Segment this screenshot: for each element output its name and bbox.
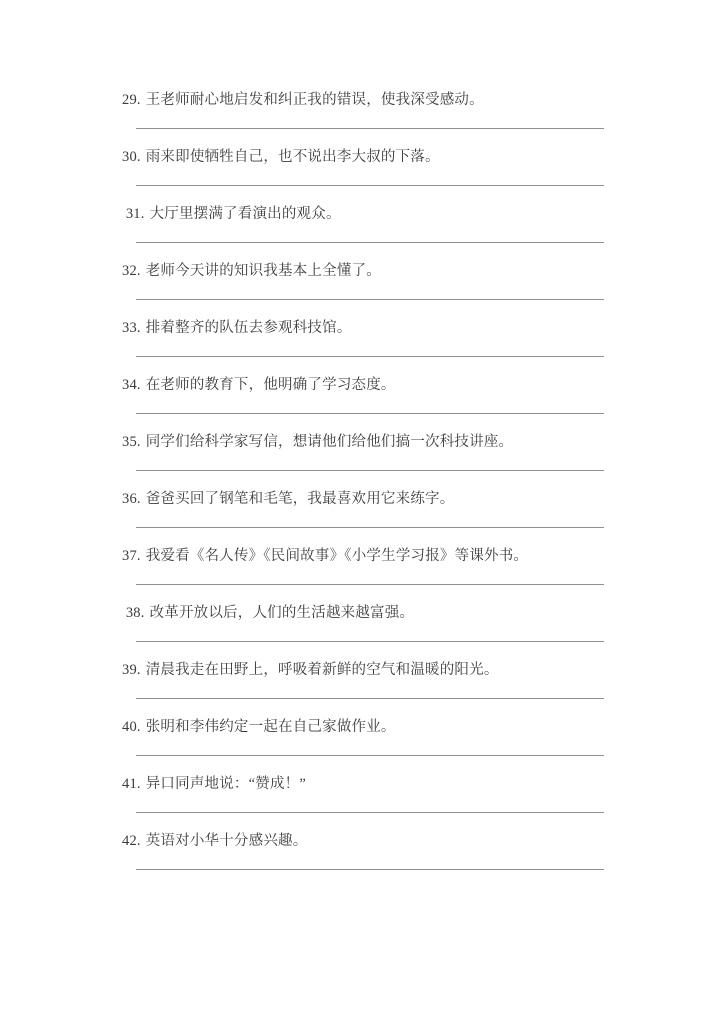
exercise-item: 32.老师今天讲的知识我基本上全懂了。 xyxy=(122,262,624,319)
exercise-item: 41.异口同声地说：“赞成！” xyxy=(122,775,624,832)
item-number: 29. xyxy=(122,92,141,108)
answer-blank-line[interactable] xyxy=(136,185,604,186)
sentence-39: 39.清晨我走在田野上，呼吸着新鲜的空气和温暖的阳光。 xyxy=(122,661,624,680)
item-number: 30. xyxy=(122,149,141,165)
item-number: 32. xyxy=(122,263,141,279)
sentence-text: 英语对小华十分感兴趣。 xyxy=(146,833,308,849)
item-number: 41. xyxy=(122,776,141,792)
sentence-32: 32.老师今天讲的知识我基本上全懂了。 xyxy=(122,262,624,281)
item-number: 34. xyxy=(122,377,141,393)
exercise-item: 39.清晨我走在田野上，呼吸着新鲜的空气和温暖的阳光。 xyxy=(122,661,624,718)
item-number: 33. xyxy=(122,320,141,336)
item-number: 31. xyxy=(122,206,145,222)
sentence-38: 38.改革开放以后，人们的生活越来越富强。 xyxy=(122,604,624,623)
answer-blank-line[interactable] xyxy=(136,584,604,585)
answer-blank-line[interactable] xyxy=(136,698,604,699)
exercise-item: 34.在老师的教育下，他明确了学习态度。 xyxy=(122,376,624,433)
item-number: 35. xyxy=(122,434,141,450)
answer-blank-line[interactable] xyxy=(136,641,604,642)
sentence-text: 清晨我走在田野上，呼吸着新鲜的空气和温暖的阳光。 xyxy=(146,662,499,678)
sentence-text: 异口同声地说：“赞成！” xyxy=(146,776,306,792)
answer-blank-line[interactable] xyxy=(136,527,604,528)
sentence-text: 改革开放以后，人们的生活越来越富强。 xyxy=(150,605,415,621)
exercise-item: 40.张明和李伟约定一起在自己家做作业。 xyxy=(122,718,624,775)
answer-blank-line[interactable] xyxy=(136,869,604,870)
item-number: 37. xyxy=(122,548,141,564)
answer-blank-line[interactable] xyxy=(136,299,604,300)
exercise-item: 42.英语对小华十分感兴趣。 xyxy=(122,832,624,889)
exercise-item: 35.同学们给科学家写信，想请他们给他们搞一次科技讲座。 xyxy=(122,433,624,490)
answer-blank-line[interactable] xyxy=(136,128,604,129)
item-number: 40. xyxy=(122,719,141,735)
answer-blank-line[interactable] xyxy=(136,242,604,243)
exercise-item: 37.我爱看《名人传》《民间故事》《小学生学习报》等课外书。 xyxy=(122,547,624,604)
sentence-text: 老师今天讲的知识我基本上全懂了。 xyxy=(146,263,381,279)
exercise-item: 36.爸爸买回了钢笔和毛笔，我最喜欢用它来练字。 xyxy=(122,490,624,547)
item-number: 38. xyxy=(122,605,145,621)
answer-blank-line[interactable] xyxy=(136,356,604,357)
sentence-text: 爸爸买回了钢笔和毛笔，我最喜欢用它来练字。 xyxy=(146,491,455,507)
sentence-text: 张明和李伟约定一起在自己家做作业。 xyxy=(146,719,396,735)
sentence-40: 40.张明和李伟约定一起在自己家做作业。 xyxy=(122,718,624,737)
sentence-text: 排着整齐的队伍去参观科技馆。 xyxy=(146,320,352,336)
sentence-42: 42.英语对小华十分感兴趣。 xyxy=(122,832,624,851)
sentence-41: 41.异口同声地说：“赞成！” xyxy=(122,775,624,794)
sentence-29: 29.王老师耐心地启发和纠正我的错误，使我深受感动。 xyxy=(122,91,624,110)
sentence-35: 35.同学们给科学家写信，想请他们给他们搞一次科技讲座。 xyxy=(122,433,624,452)
sentence-text: 我爱看《名人传》《民间故事》《小学生学习报》等课外书。 xyxy=(146,548,528,564)
item-number: 36. xyxy=(122,491,141,507)
sentence-31: 31.大厅里摆满了看演出的观众。 xyxy=(122,205,624,224)
exercise-item: 29.王老师耐心地启发和纠正我的错误，使我深受感动。 xyxy=(122,91,624,148)
item-number: 42. xyxy=(122,833,141,849)
sentence-text: 在老师的教育下，他明确了学习态度。 xyxy=(146,377,396,393)
sentence-33: 33.排着整齐的队伍去参观科技馆。 xyxy=(122,319,624,338)
sentence-text: 雨来即使牺牲自己，也不说出李大叔的下落。 xyxy=(146,149,440,165)
answer-blank-line[interactable] xyxy=(136,812,604,813)
sentence-30: 30.雨来即使牺牲自己，也不说出李大叔的下落。 xyxy=(122,148,624,167)
exercise-item: 38.改革开放以后，人们的生活越来越富强。 xyxy=(122,604,624,661)
sentence-text: 同学们给科学家写信，想请他们给他们搞一次科技讲座。 xyxy=(146,434,514,450)
sentence-37: 37.我爱看《名人传》《民间故事》《小学生学习报》等课外书。 xyxy=(122,547,624,566)
item-number: 39. xyxy=(122,662,141,678)
sentence-text: 大厅里摆满了看演出的观众。 xyxy=(150,206,341,222)
answer-blank-line[interactable] xyxy=(136,755,604,756)
answer-blank-line[interactable] xyxy=(136,413,604,414)
worksheet-page: 29.王老师耐心地启发和纠正我的错误，使我深受感动。 30.雨来即使牺牲自己，也… xyxy=(0,0,724,1024)
sentence-34: 34.在老师的教育下，他明确了学习态度。 xyxy=(122,376,624,395)
exercise-item: 31.大厅里摆满了看演出的观众。 xyxy=(122,205,624,262)
sentence-36: 36.爸爸买回了钢笔和毛笔，我最喜欢用它来练字。 xyxy=(122,490,624,509)
sentence-text: 王老师耐心地启发和纠正我的错误，使我深受感动。 xyxy=(146,92,484,108)
answer-blank-line[interactable] xyxy=(136,470,604,471)
exercise-item: 33.排着整齐的队伍去参观科技馆。 xyxy=(122,319,624,376)
exercise-item: 30.雨来即使牺牲自己，也不说出李大叔的下落。 xyxy=(122,148,624,205)
